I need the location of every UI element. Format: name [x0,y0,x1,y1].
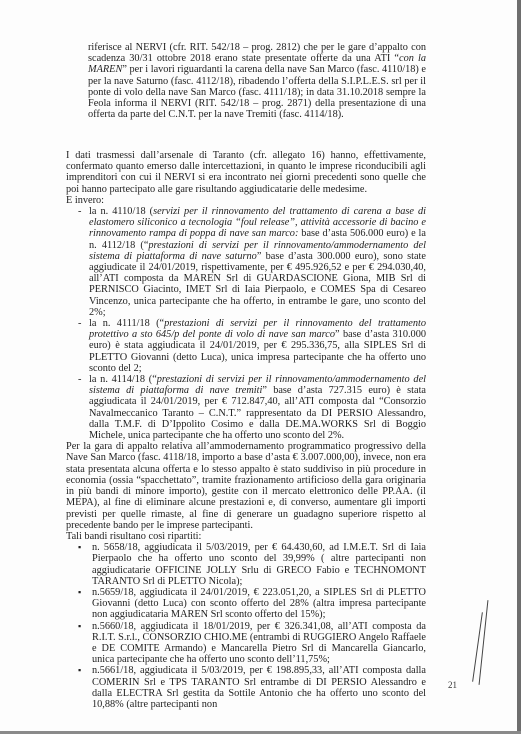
handwritten-margin-mark [472,612,483,681]
paragraph-dati: I dati trasmessi dall’arsenale di Tarant… [66,150,426,195]
handwritten-margin-mark [479,600,489,685]
page-number: 21 [448,680,457,690]
e-invero-label: E invero: [66,195,426,206]
intro-text-part2: ” per i lavori riguardanti la carena del… [88,64,426,120]
bullet-item-5661: n.5661/18, aggiudicata il 5/03/2019, per… [66,665,426,710]
main-body: I dati trasmessi dall’arsenale di Tarant… [66,150,426,710]
dash-item-4111: la n. 4111/18 (“prestazioni di servizi p… [66,318,426,374]
document-page: riferisce al NERVI (cfr. RIT. 542/18 – p… [0,0,517,731]
tali-bandi-label: Tali bandi risultano così ripartiti: [66,531,426,542]
bullet-list: n. 5658/18, aggiudicata il 5/03/2019, pe… [66,542,426,710]
bullet-item-5660: n.5660/18, aggiudicata il 18/01/2019, pe… [66,621,426,666]
dash-item-text: la n. 4110/18 ( [89,206,153,217]
intro-text: riferisce al NERVI (cfr. RIT. 542/18 – p… [88,42,426,120]
dash-item-text: la n. 4114/18 (“ [89,374,157,385]
intro-paragraph: riferisce al NERVI (cfr. RIT. 542/18 – p… [88,42,426,120]
intro-text-part1: riferisce al NERVI (cfr. RIT. 542/18 – p… [88,42,426,64]
paragraph-gara: Per la gara di appalto relativa all’ammo… [66,441,426,531]
dash-item-text: la n. 4111/18 (“ [89,318,164,329]
bullet-item-5659: n.5659/18, aggiudicata il 24/01/2019, € … [66,587,426,621]
bullet-item-5658: n. 5658/18, aggiudicata il 5/03/2019, pe… [66,542,426,587]
dash-item-4110: la n. 4110/18 (servizi per il rinnovamen… [66,206,426,318]
dash-list: la n. 4110/18 (servizi per il rinnovamen… [66,206,426,441]
dash-item-4114: la n. 4114/18 (“prestazioni di servizi p… [66,374,426,441]
